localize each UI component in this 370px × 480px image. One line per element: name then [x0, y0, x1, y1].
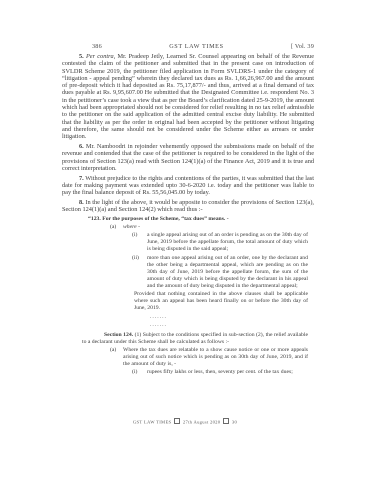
section-124-clause-a-item-i: (i) rupees fifty lakhs or less, then, se…	[132, 369, 308, 376]
footer-journal: GST LAW TIMES	[133, 420, 172, 425]
clause-text: where -	[123, 224, 140, 230]
item-label: (i)	[132, 232, 147, 253]
item-label: (ii)	[132, 255, 147, 290]
body-text: 5. Per contra, Mr. Pradeep Jetly, Learne…	[62, 53, 314, 377]
statute-quote-block: “123. For the purposes of the Scheme, “t…	[82, 216, 308, 376]
section-123-text: For the purposes of the Scheme, “tax due…	[102, 216, 228, 222]
ellipsis-line: .......	[150, 314, 308, 321]
para-number: 8.	[79, 199, 84, 206]
item-label: (i)	[132, 369, 147, 376]
para-text: Mr. Namboodri in rejoinder vehemently op…	[62, 143, 314, 172]
paragraph-6: 6. Mr. Namboodri in rejoinder vehemently…	[62, 143, 314, 172]
volume-label: [ Vol. 39	[291, 43, 314, 50]
paragraph-8: 8. In the light of the above, it would b…	[62, 199, 314, 214]
journal-title: GST LAW TIMES	[102, 43, 291, 50]
clause-label: (a)	[110, 224, 123, 231]
para-text: In the light of the above, it would be a…	[62, 199, 314, 213]
clause-item-ii: (ii) more than one appeal arising out of…	[132, 255, 308, 290]
para-number: 7.	[79, 175, 84, 182]
latin-phrase: Per contra,	[86, 53, 115, 60]
section-124-clause-a: (a) Where the tax dues are relatable to …	[110, 347, 308, 368]
clause-item-i: (i) a single appeal arising out of an or…	[132, 232, 308, 253]
proviso-text: Provided that nothing contained in the a…	[134, 291, 308, 312]
para-text: Mr. Pradeep Jetly, Learned Sr. Counsel a…	[62, 53, 314, 140]
separator-box-icon	[223, 418, 229, 424]
ellipsis-line: .......	[150, 322, 308, 329]
paragraph-5: 5. Per contra, Mr. Pradeep Jetly, Learne…	[62, 53, 314, 141]
running-header: 386 GST LAW TIMES [ Vol. 39	[62, 43, 314, 50]
footer-date: 27th August 2020	[183, 420, 220, 425]
separator-box-icon	[174, 418, 180, 424]
section-123-number: “123.	[88, 216, 101, 222]
item-text: Where the tax dues are relatable to a sh…	[123, 347, 308, 368]
para-number: 6.	[79, 143, 84, 150]
page-number: 386	[92, 43, 102, 50]
item-text: rupees fifty lakhs or less, then, sevent…	[147, 369, 308, 376]
item-label: (a)	[110, 347, 123, 368]
para-number: 5.	[79, 53, 84, 60]
section-123-heading: “123. For the purposes of the Scheme, “t…	[82, 216, 308, 223]
item-text: more than one appeal arising out of an o…	[147, 255, 308, 290]
document-page: 386 GST LAW TIMES [ Vol. 39 5. Per contr…	[0, 0, 370, 480]
item-text: a single appeal arising out of an order …	[147, 232, 308, 253]
para-text: Without prejudice to the rights and cont…	[62, 175, 314, 197]
typeset-footer: GST LAW TIMES27th August 202030	[0, 418, 370, 425]
footer-page: 30	[232, 420, 237, 425]
section-124-paragraph: Section 124. (1) Subject to the conditio…	[82, 332, 308, 346]
section-124-number: Section 124.	[104, 332, 133, 338]
paragraph-7: 7. Without prejudice to the rights and c…	[62, 175, 314, 197]
clause-a: (a)where -	[110, 224, 308, 231]
